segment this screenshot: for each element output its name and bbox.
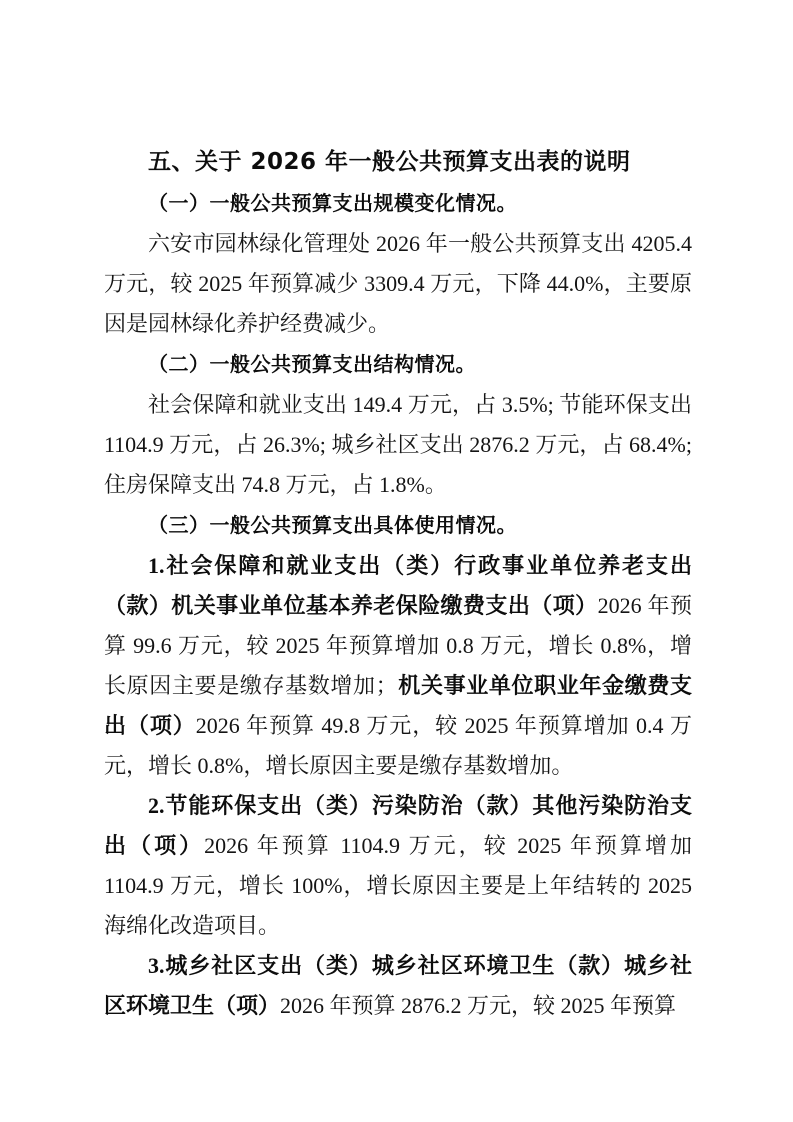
- page-number: - 7 -: [606, 999, 686, 1021]
- section-3-heading: （三）一般公共预算支出具体使用情况。: [104, 505, 692, 546]
- section-1-heading: （一）一般公共预算支出规模变化情况。: [104, 183, 692, 224]
- document-content: 五、关于 2026 年一般公共预算支出表的说明 （一）一般公共预算支出规模变化情…: [104, 142, 692, 1026]
- budget-item-3: 3.城乡社区支出（类）城乡社区环境卫生（款）城乡社区环境卫生（项）2026 年预…: [104, 946, 692, 1026]
- section-2-heading: （二）一般公共预算支出结构情况。: [104, 344, 692, 385]
- section-2-paragraph: 社会保障和就业支出 149.4 万元，占 3.5%; 节能环保支出 1104.9…: [104, 385, 692, 505]
- section-1-paragraph: 六安市园林绿化管理处 2026 年一般公共预算支出 4205.4 万元，较 20…: [104, 224, 692, 344]
- budget-item-1: 1.社会保障和就业支出（类）行政事业单位养老支出（款）机关事业单位基本养老保险缴…: [104, 546, 692, 786]
- budget-item-2: 2.节能环保支出（类）污染防治（款）其他污染防治支出（项）2026 年预算 11…: [104, 786, 692, 946]
- main-heading: 五、关于 2026 年一般公共预算支出表的说明: [104, 142, 692, 183]
- document-page: 五、关于 2026 年一般公共预算支出表的说明 （一）一般公共预算支出规模变化情…: [0, 0, 793, 1122]
